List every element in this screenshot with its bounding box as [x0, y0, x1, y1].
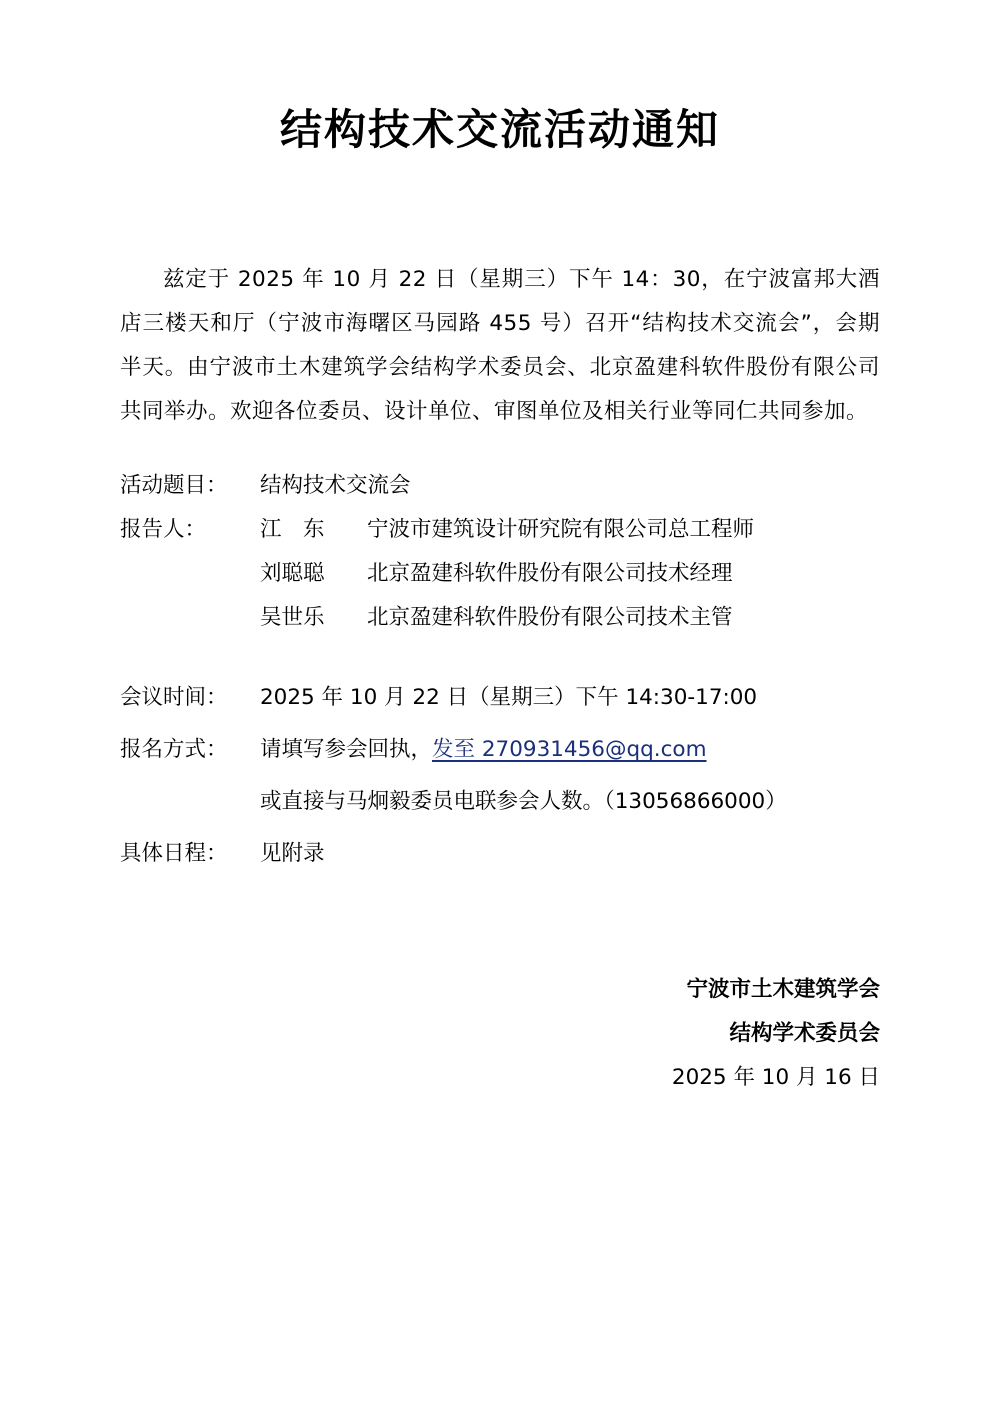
registration-alt-text: 或直接与马炯毅委员电联参会人数。（13056866000） [260, 780, 880, 824]
speaker-item: 江 东 宁波市建筑设计研究院有限公司总工程师 [260, 508, 880, 552]
schedule-value: 见附录 [260, 832, 880, 876]
email-link[interactable]: 发至 270931456@qq.com [432, 737, 707, 762]
activity-topic-row: 活动题目： 结构技术交流会 [120, 464, 880, 508]
activity-topic-label: 活动题目： [120, 464, 260, 508]
registration-alt-row: 或直接与马炯毅委员电联参会人数。（13056866000） [120, 780, 880, 824]
signature-block: 宁波市土木建筑学会 结构学术委员会 2025 年 10 月 16 日 [120, 968, 880, 1100]
schedule-row: 具体日程： 见附录 [120, 832, 880, 876]
signature-date: 2025 年 10 月 16 日 [120, 1056, 880, 1100]
signature-org-line1: 宁波市土木建筑学会 [120, 968, 880, 1012]
meeting-section: 会议时间： 2025 年 10 月 22 日（星期三）下午 14:30-17:0… [120, 676, 880, 876]
speakers-row: 报告人： 江 东 宁波市建筑设计研究院有限公司总工程师 刘聪聪 北京盈建科软件股… [120, 508, 880, 640]
registration-row: 报名方式： 请填写参会回执，发至 270931456@qq.com [120, 728, 880, 772]
registration-text: 请填写参会回执， [260, 737, 432, 762]
meeting-time-row: 会议时间： 2025 年 10 月 22 日（星期三）下午 14:30-17:0… [120, 676, 880, 720]
speaker-name: 吴世乐 [260, 596, 367, 640]
speaker-name: 刘聪聪 [260, 552, 367, 596]
speaker-title: 北京盈建科软件股份有限公司技术经理 [367, 552, 880, 596]
speaker-item: 吴世乐 北京盈建科软件股份有限公司技术主管 [260, 596, 880, 640]
speaker-name: 江 东 [260, 508, 367, 552]
speakers-list: 江 东 宁波市建筑设计研究院有限公司总工程师 刘聪聪 北京盈建科软件股份有限公司… [260, 508, 880, 640]
intro-paragraph: 兹定于 2025 年 10 月 22 日（星期三）下午 14：30，在宁波富邦大… [120, 258, 880, 434]
speaker-title: 北京盈建科软件股份有限公司技术主管 [367, 596, 880, 640]
activity-topic-value: 结构技术交流会 [260, 464, 880, 508]
meeting-time-value: 2025 年 10 月 22 日（星期三）下午 14:30-17:00 [260, 676, 880, 720]
speaker-item: 刘聪聪 北京盈建科软件股份有限公司技术经理 [260, 552, 880, 596]
activity-section: 活动题目： 结构技术交流会 报告人： 江 东 宁波市建筑设计研究院有限公司总工程… [120, 464, 880, 640]
schedule-label: 具体日程： [120, 832, 260, 876]
document-page: 结构技术交流活动通知 兹定于 2025 年 10 月 22 日（星期三）下午 1… [0, 0, 1000, 1415]
page-title: 结构技术交流活动通知 [120, 104, 880, 156]
signature-org-line2: 结构学术委员会 [120, 1012, 880, 1056]
registration-value: 请填写参会回执，发至 270931456@qq.com [260, 728, 880, 772]
speakers-label: 报告人： [120, 508, 260, 552]
registration-label: 报名方式： [120, 728, 260, 772]
meeting-time-label: 会议时间： [120, 676, 260, 720]
speaker-title: 宁波市建筑设计研究院有限公司总工程师 [367, 508, 880, 552]
